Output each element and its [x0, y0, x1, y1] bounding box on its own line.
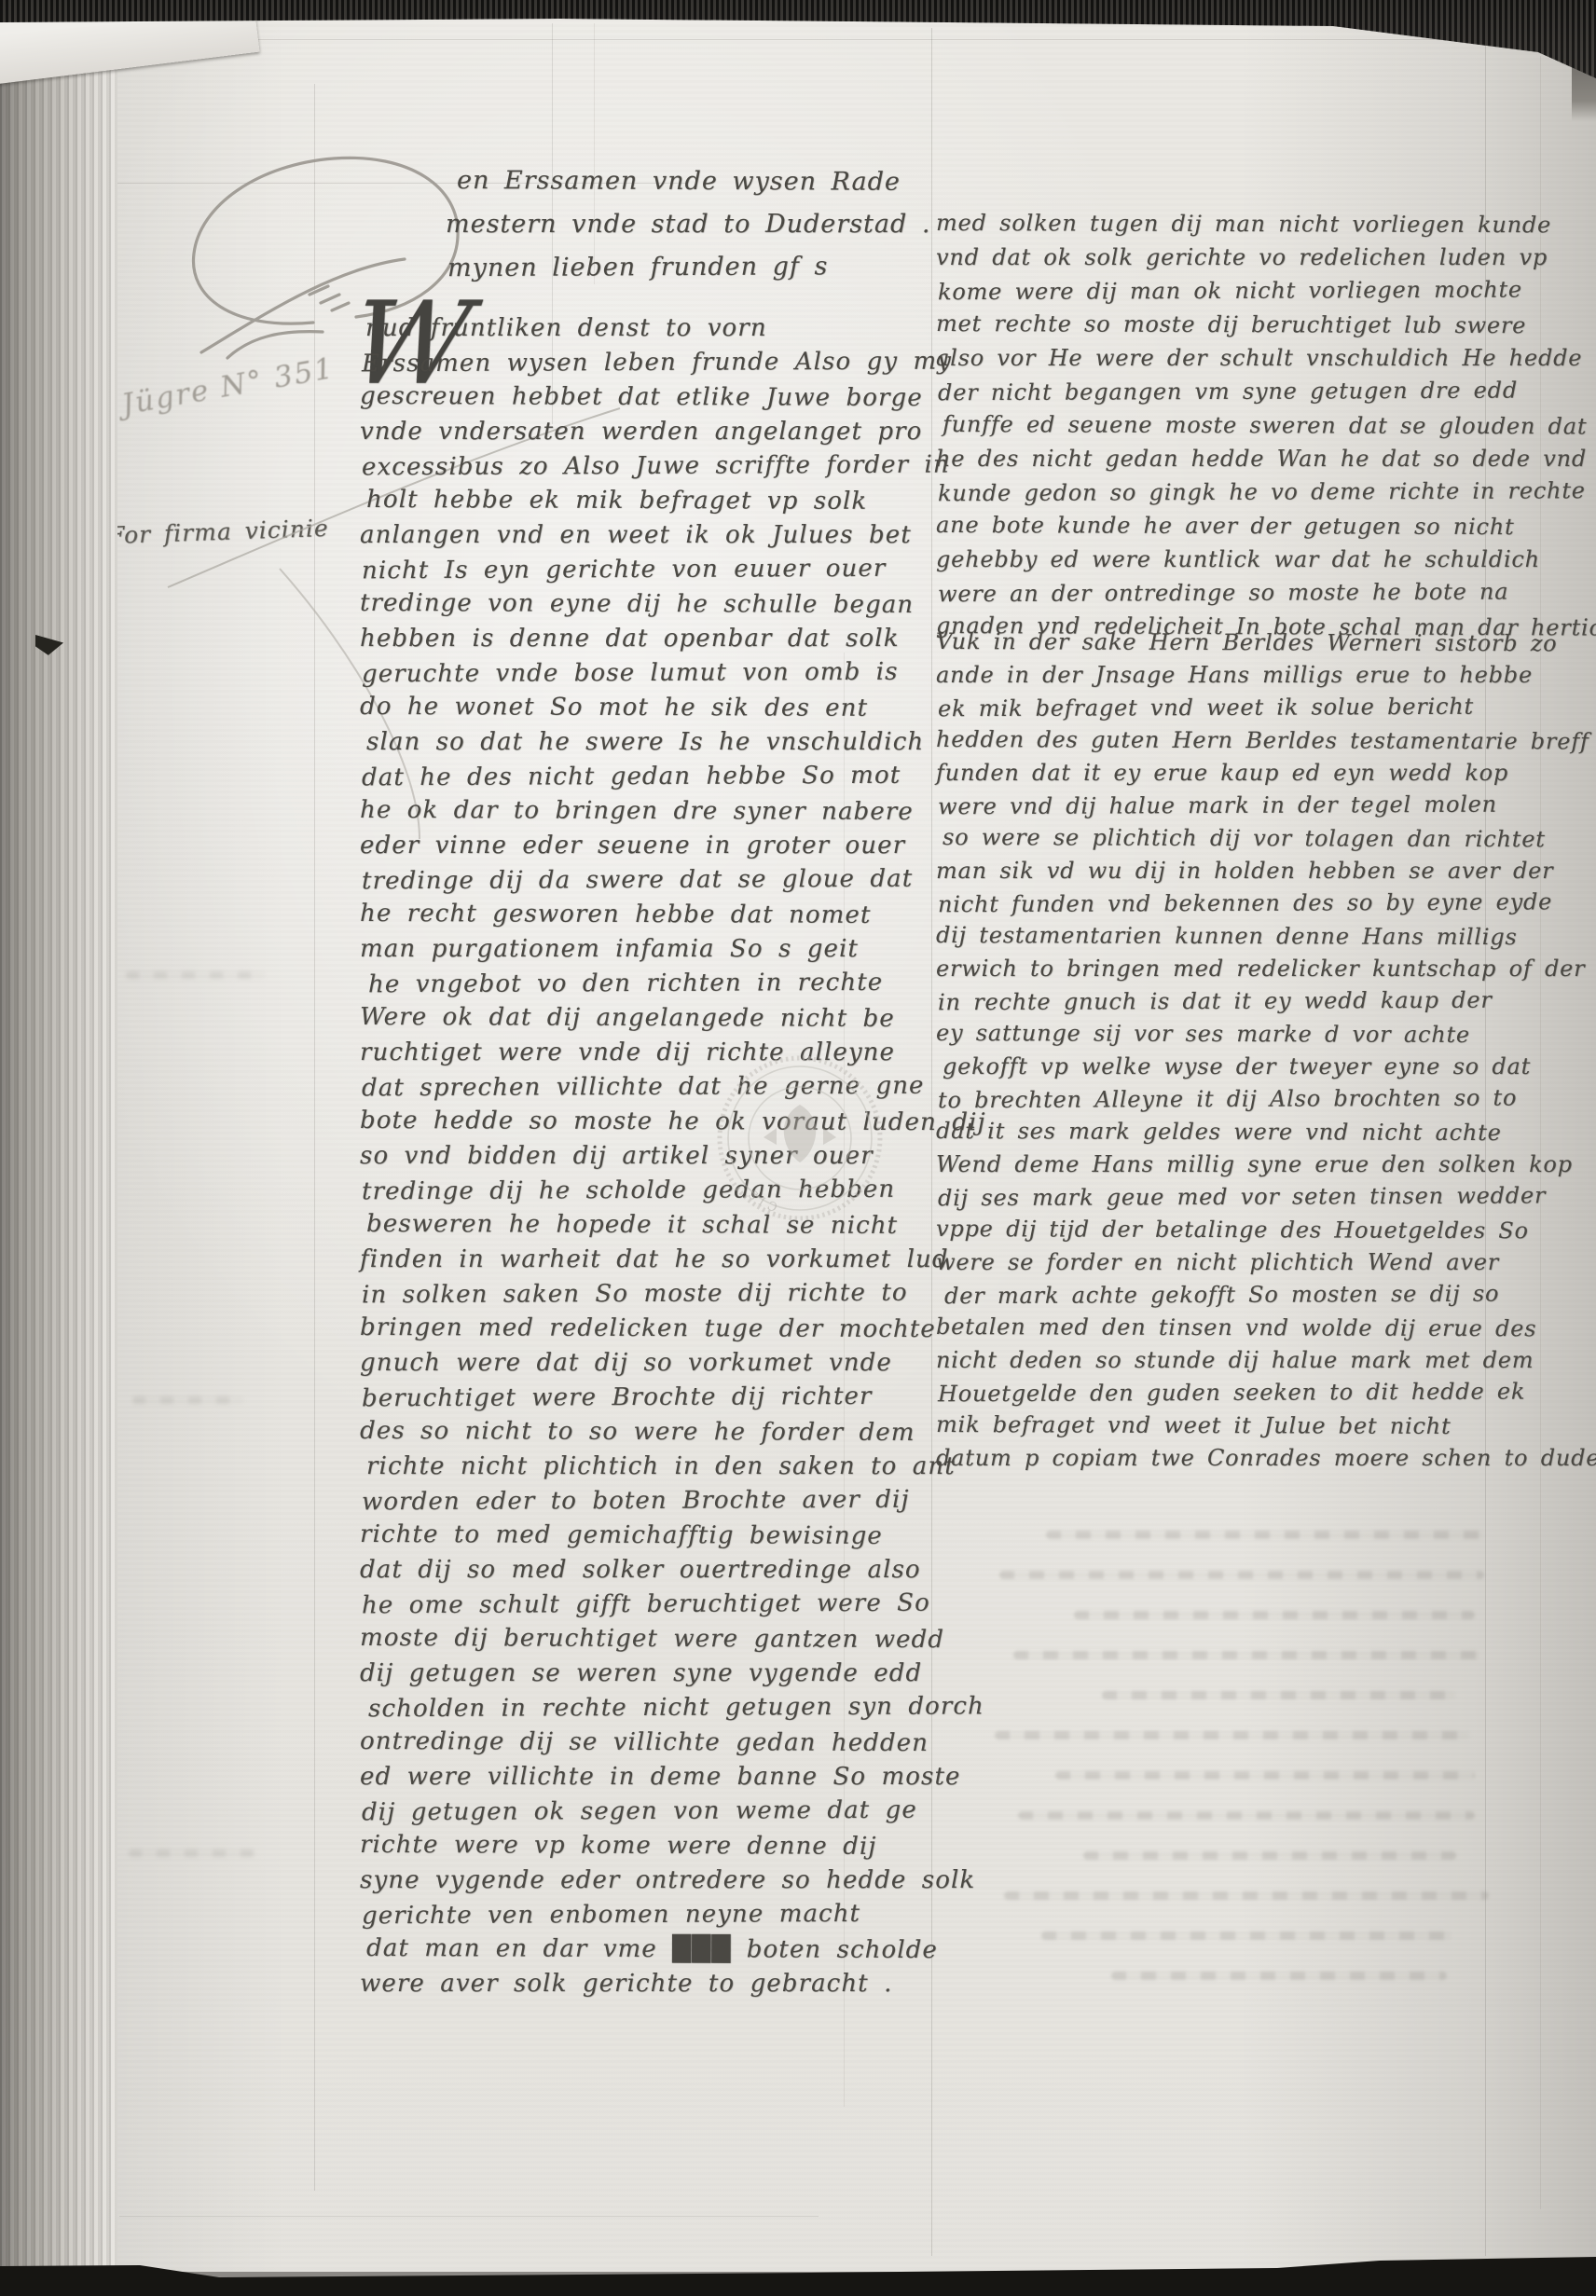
crease-line [110, 39, 1592, 40]
bleedthrough-line [1013, 1651, 1479, 1659]
text-line: worden eder to boten Brochte aver dij [362, 1483, 927, 1520]
text-line: he des nicht gedan hedde Wan he dat so d… [936, 442, 1472, 475]
bleedthrough-line [1041, 1932, 1452, 1940]
text-line: Were ok dat dij angelangede nicht be [360, 1000, 925, 1037]
text-line: beruchtiget were Brochte dij richter [362, 1380, 927, 1417]
text-line: der nicht begangen vm syne getugen dre e… [938, 374, 1474, 410]
text-line: were se forder en nicht plichtich Wend a… [936, 1246, 1472, 1279]
text-line: funden dat it ey erue kaup ed eyn wedd k… [936, 757, 1472, 790]
bleedthrough-line [1018, 1811, 1475, 1820]
right-text-column-para1: med solken tugen dij man nicht vorliegen… [936, 207, 1472, 643]
text-line: also vor He were der schult vnschuldich … [936, 341, 1472, 375]
text-line: he ome schult gifft beruchtiget were So [362, 1587, 927, 1624]
text-line: he ok dar to bringen dre syner nabere [360, 793, 925, 830]
text-line: des so nicht to so were he forder dem [360, 1414, 925, 1450]
bleedthrough-line [1111, 1972, 1447, 1980]
text-line: dij getugen se weren syne vygende edd [360, 1657, 925, 1691]
crease-line [119, 2216, 819, 2217]
text-line: nicht deden so stunde dij halue mark met… [936, 1344, 1472, 1377]
right-text-column-para2: Vuk in der sake Hern Berldes Werneri sis… [936, 626, 1472, 1475]
svg-text:CIS: CIS [743, 1184, 779, 1214]
text-line: betalen med den tinsen vnd wolde dij eru… [936, 1311, 1472, 1345]
text-line: scholden in rechte nicht getugen syn dor… [362, 1690, 927, 1727]
bleedthrough-line [1083, 1851, 1456, 1860]
text-line: do he wonet So mot he sik des ent [360, 690, 925, 726]
text-line: he recht gesworen hebbe dat nomet [360, 897, 925, 933]
text-line: ande in der Jnsage Hans milligs erue to … [936, 659, 1472, 692]
bleedthrough-line [1046, 1531, 1484, 1539]
text-line: ek mik befraget vnd weet ik solue berich… [938, 691, 1474, 726]
scan-bottom-edge [0, 2253, 1596, 2296]
address-block: en Erssamen vnde wysen Rademestern vnde … [446, 160, 930, 289]
text-line: moste dij beruchtiget were gantzen wedd [360, 1621, 925, 1657]
text-line: eder vinne eder seuene in groter ouer [360, 829, 925, 863]
text-line: so were se plichtich dij vor tolagen dan… [936, 821, 1472, 856]
text-line: vnde vndersaten werden angelanget pro [360, 415, 925, 449]
bleedthrough-line [132, 1396, 244, 1404]
text-line: Wend deme Hans millig syne erue den solk… [936, 1148, 1472, 1181]
text-line: richte nicht plichtich in den saken to a… [360, 1450, 925, 1484]
text-line: he vngebot vo den richten in rechte [362, 966, 927, 1003]
text-line: met rechte so moste dij beruchtiget lub … [936, 307, 1472, 342]
bleedthrough-line [999, 1571, 1484, 1579]
text-line: dat he des nicht gedan hebbe So mot [362, 759, 927, 796]
text-line: mik befraget vnd weet it Julue bet nicht [936, 1409, 1472, 1443]
manuscript-scan: Jügre N° 351 For firma vicinie en Erssam… [0, 0, 1596, 2296]
text-line: dat man en dar vme ███ boten scholde [360, 1932, 925, 1968]
text-line: man sik vd wu dij in holden hebben se av… [936, 855, 1472, 887]
text-line: syne vygende eder ontredere so hedde sol… [360, 1863, 925, 1898]
text-line: geruchte vnde bose lumut von omb is [362, 655, 927, 693]
bleedthrough-line [1102, 1691, 1456, 1699]
text-line: dij testamentarien kunnen denne Hans mil… [936, 919, 1472, 954]
text-line: gehebby ed were kuntlick war dat he schu… [936, 543, 1472, 576]
text-line: Houetgelde den guden seeken to dit hedde… [938, 1376, 1474, 1411]
text-line: Vuk in der sake Hern Berldes Werneri sis… [936, 626, 1472, 660]
bleedthrough-line [126, 971, 266, 979]
text-line: dij getugen ok segen von weme dat ge [362, 1794, 927, 1831]
bleedthrough-area [990, 1531, 1549, 2012]
text-line: gerichte ven enbomen neyne macht [362, 1897, 927, 1934]
text-line: ane bote kunde he aver der getugen so ni… [936, 508, 1472, 543]
text-line: richte were vp kome were denne dij [360, 1828, 925, 1864]
text-line: dij ses mark geue med vor seten tinsen w… [938, 1180, 1474, 1216]
text-line: nicht funden vnd bekennen des so by eyne… [938, 887, 1474, 922]
text-line: hebben is denne dat openbar dat solk [360, 622, 925, 656]
text-line: vnd dat ok solk gerichte vo redelichen l… [936, 241, 1472, 274]
text-line: to brechten Alleyne it dij Also brochten… [938, 1082, 1474, 1118]
text-line: holt hebbe ek mik befraget vp solk [360, 483, 925, 519]
bleedthrough-line [995, 1731, 1470, 1739]
text-line: slan so dat he swere Is he vnschuldich [360, 725, 925, 760]
text-line: in rechte gnuch is dat it ey wedd kaup d… [938, 984, 1474, 1020]
text-line: dat dij so med solker ouertredinge also [360, 1553, 925, 1588]
text-line: erwich to bringen med redelicker kuntsch… [936, 953, 1472, 985]
bleedthrough-line [1004, 1891, 1489, 1900]
text-line: ey sattunge sij vor ses marke d vor acht… [936, 1017, 1472, 1052]
text-line: kunde gedon so gingk he vo deme richte i… [938, 474, 1474, 511]
text-line: dat it ses mark geldes were vnd nicht ac… [936, 1115, 1472, 1149]
text-line: bringen med redelicken tuge der mochte [360, 1311, 925, 1347]
text-line: vppe dij tijd der betalinge des Houetgel… [936, 1213, 1472, 1247]
text-line: gescreuen hebbet dat etlike Juwe borge [360, 379, 925, 416]
text-line: anlangen vnd en weet ik ok Julues bet [360, 518, 925, 553]
text-line: Erssamen wysen leben frunde Also gy my [362, 345, 927, 382]
text-line: excessibus zo Also Juwe scriffte forder … [362, 448, 927, 486]
book-gutter-page-edges [0, 0, 117, 2296]
text-line: tredinge dij da swere dat se gloue dat [362, 862, 927, 900]
address-line: mestern vnde stad to Duderstad . [446, 203, 930, 246]
text-line: were aver solk gerichte to gebracht . [360, 1967, 925, 2001]
text-line: gnuch were dat dij so vorkumet vnde [360, 1346, 925, 1381]
text-line: in solken saken So moste dij richte to [362, 1276, 927, 1313]
text-line: hedden des guten Hern Berldes testamenta… [936, 723, 1472, 758]
archive-stamp-icon: CIS [715, 1053, 885, 1223]
text-line: tredinge von eyne dij he schulle began [360, 586, 925, 623]
text-line: med solken tugen dij man nicht vorliegen… [936, 206, 1472, 241]
text-line: datum p copiam twe Conrades moere schen … [936, 1442, 1472, 1475]
address-line: mynen lieben frunden gf s [447, 245, 933, 290]
bleedthrough-line [129, 1849, 255, 1857]
text-line: were vnd dij halue mark in der tegel mol… [938, 789, 1474, 824]
text-line: kome were dij man ok nicht vorliegen moc… [938, 273, 1474, 309]
text-line: der mark achte gekofft So mosten se dij … [938, 1278, 1474, 1313]
bleedthrough-line [1055, 1771, 1475, 1780]
text-line: ontredinge dij se villichte gedan hedden [360, 1725, 925, 1761]
text-line: richte to med gemichafftig bewisinge [360, 1518, 925, 1554]
text-line: ed were villichte in deme banne So moste [360, 1760, 925, 1794]
text-line: nicht Is eyn gerichte von euuer ouer [362, 552, 927, 589]
address-line: en Erssamen vnde wysen Rade [457, 159, 931, 204]
text-line: were an der ontredinge so moste he bote … [938, 575, 1474, 612]
text-line: funffe ed seuene moste sweren dat se glo… [936, 407, 1472, 443]
text-line: man purgationem infamia So s geit [360, 932, 925, 967]
text-line: finden in warheit dat he so vorkumet lud [360, 1243, 925, 1277]
bleedthrough-line [1074, 1611, 1475, 1619]
text-line: gekofft vp welke wyse der tweyer eyne so… [936, 1051, 1472, 1083]
